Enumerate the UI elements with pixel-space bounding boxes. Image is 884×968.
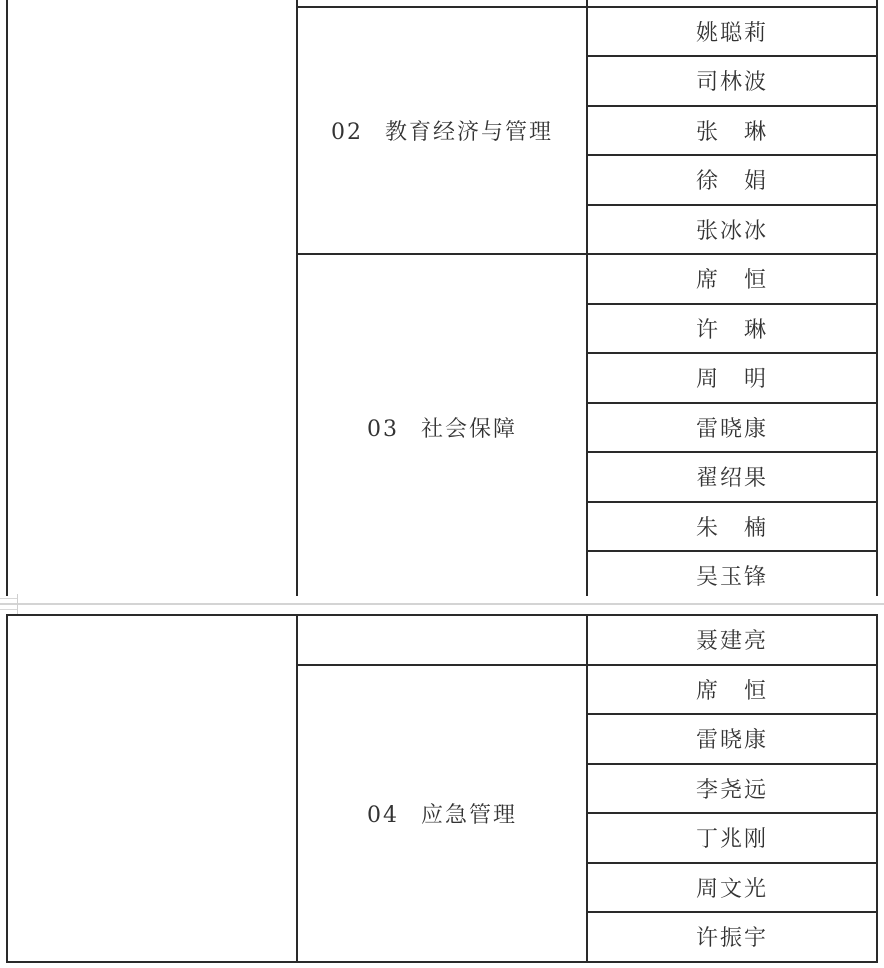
supervisor-table-page-1: 02教育经济与管理 姚聪莉 司林波 张 琳 徐 娟 张冰冰 03社会保障 席 恒… [6,0,878,602]
category-cell-04: 04应急管理 [297,665,587,962]
category-label: 应急管理 [421,803,517,828]
supervisor-name: 吴玉锋 [696,560,768,591]
supervisor-name: 席 恒 [696,674,768,705]
supervisor-name-cell: 聂建亮 [587,615,877,665]
supervisor-name-cell: 吴玉锋 [587,551,877,601]
supervisor-name-cell: 翟绍果 [587,452,877,502]
table-row: 聂建亮 [7,615,877,665]
supervisor-name: 姚聪莉 [696,16,768,47]
category-cell-02: 02教育经济与管理 [297,7,587,255]
category-code: 04 [367,803,399,828]
supervisor-name-cell: 张 琳 [587,106,877,156]
table-cell-discipline-empty [7,615,297,962]
page-margin-marker [0,609,18,610]
supervisor-name: 许 琳 [696,313,768,344]
supervisor-name-cell: 姚聪莉 [587,7,877,57]
supervisor-name: 张 琳 [696,115,768,146]
supervisor-name-cell: 席 恒 [587,254,877,304]
supervisor-name-cell: 朱 楠 [587,502,877,552]
supervisor-name: 席 恒 [696,263,768,294]
supervisor-name: 周 明 [696,362,768,393]
supervisor-name: 翟绍果 [696,461,768,492]
category-code: 02 [331,120,363,145]
page-margin-marker [0,598,18,599]
page-break-line [0,603,884,605]
supervisor-name: 聂建亮 [696,624,768,655]
supervisor-name: 丁兆刚 [696,822,768,853]
supervisor-name-cell: 许 琳 [587,304,877,354]
supervisor-name-cell: 周文光 [587,863,877,913]
page-margin-tick [17,594,18,614]
supervisor-name: 许振宇 [696,921,768,952]
supervisor-name-cell: 席 恒 [587,665,877,715]
supervisor-name-cell: 张冰冰 [587,205,877,255]
supervisor-name: 徐 娟 [696,164,768,195]
supervisor-name-cell: 司林波 [587,56,877,106]
category-cell-03: 03社会保障 [297,254,587,601]
supervisor-name-cell: 徐 娟 [587,155,877,205]
table-cell-continued-category [297,615,587,665]
supervisor-name-cell: 丁兆刚 [587,813,877,863]
category-code: 03 [367,417,399,442]
supervisor-name-cell: 许振宇 [587,912,877,962]
category-label: 社会保障 [421,417,517,442]
table-cell-discipline-empty [7,0,297,601]
supervisor-name: 周文光 [696,872,768,903]
supervisor-name-cell: 雷晓康 [587,714,877,764]
supervisor-name: 雷晓康 [696,412,768,443]
supervisor-table-page-2: 聂建亮 04应急管理 席 恒 雷晓康 李尧远 丁兆刚 周文光 许振宇 [6,614,878,963]
supervisor-name-cell: 周 明 [587,353,877,403]
supervisor-name: 朱 楠 [696,511,768,542]
supervisor-name: 李尧远 [696,773,768,804]
category-label: 教育经济与管理 [385,120,553,145]
supervisor-name: 雷晓康 [696,723,768,754]
supervisor-name-cell: 李尧远 [587,764,877,814]
page-break-area [0,596,884,614]
supervisor-name: 张冰冰 [696,214,768,245]
supervisor-name: 司林波 [696,65,768,96]
supervisor-name-cell: 雷晓康 [587,403,877,453]
